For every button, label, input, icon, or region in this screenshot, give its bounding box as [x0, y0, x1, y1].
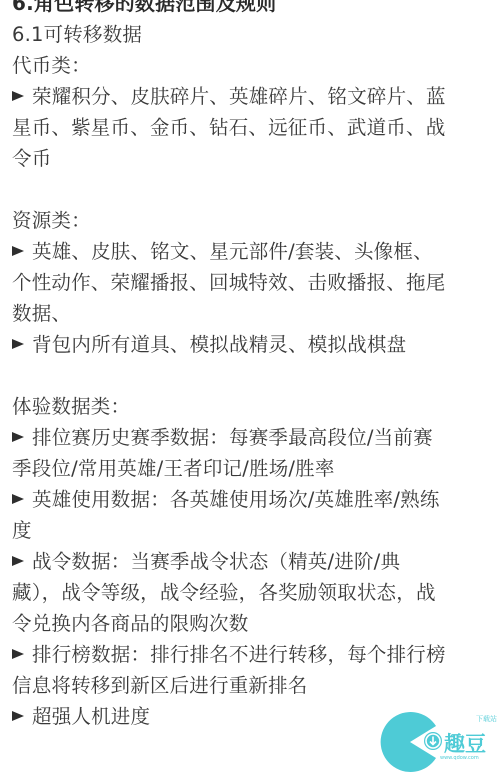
- bullet-arrow-icon: [12, 711, 24, 721]
- section-title: 6.角色转移的数据范围及规则: [12, 0, 494, 19]
- resource-heading: 资源类：: [12, 205, 494, 236]
- experience-heading: 体验数据类：: [12, 391, 494, 422]
- watermark-brand: 趣豆: [444, 728, 486, 758]
- bullet-arrow-icon: [12, 556, 24, 566]
- watermark-url: www.qdow.com: [440, 755, 479, 761]
- bullet-arrow-icon: [12, 649, 24, 659]
- watermark-logo: 趣豆 下载站 www.qdow.com: [380, 708, 498, 774]
- bullet-arrow-icon: [12, 494, 24, 504]
- resource-bullet: 英雄、皮肤、铭文、星元部件/套装、头像框、: [12, 236, 494, 267]
- experience-line: 令兑换内各商品的限购次数: [12, 608, 494, 639]
- spacer: [12, 174, 494, 205]
- subsection-title: 6.1可转移数据: [12, 19, 494, 50]
- download-icon: [424, 732, 442, 750]
- experience-bullet: 排位赛历史赛季数据：每赛季最高段位/当前赛: [12, 422, 494, 453]
- experience-line: 季段位/常用英雄/王者印记/胜场/胜率: [12, 453, 494, 484]
- spacer: [12, 360, 494, 391]
- watermark-tag: 下载站: [476, 714, 497, 724]
- experience-line: 藏），战令等级，战令经验，各奖励领取状态，战: [12, 577, 494, 608]
- resource-line: 个性动作、荣耀播报、回城特效、击败播报、拖尾: [12, 267, 494, 298]
- bullet-arrow-icon: [12, 339, 24, 349]
- bullet-arrow-icon: [12, 432, 24, 442]
- resource-line: 数据、: [12, 298, 494, 329]
- currency-line: 星币、紫星币、金币、钻石、远征币、武道币、战: [12, 112, 494, 143]
- currency-line: 令币: [12, 143, 494, 174]
- experience-line: 信息将转移到新区后进行重新排名: [12, 670, 494, 701]
- document: 6.角色转移的数据范围及规则 6.1可转移数据 代币类： 荣耀积分、皮肤碎片、英…: [12, 0, 494, 732]
- resource-bullet: 背包内所有道具、模拟战精灵、模拟战棋盘: [12, 329, 494, 360]
- bullet-arrow-icon: [12, 246, 24, 256]
- currency-bullet: 荣耀积分、皮肤碎片、英雄碎片、铭文碎片、蓝: [12, 81, 494, 112]
- experience-bullet: 战令数据：当赛季战令状态（精英/进阶/典: [12, 546, 494, 577]
- experience-bullet: 英雄使用数据：各英雄使用场次/英雄胜率/熟练: [12, 484, 494, 515]
- currency-heading: 代币类：: [12, 50, 494, 81]
- experience-bullet: 排行榜数据：排行排名不进行转移，每个排行榜: [12, 639, 494, 670]
- experience-line: 度: [12, 515, 494, 546]
- bullet-arrow-icon: [12, 91, 24, 101]
